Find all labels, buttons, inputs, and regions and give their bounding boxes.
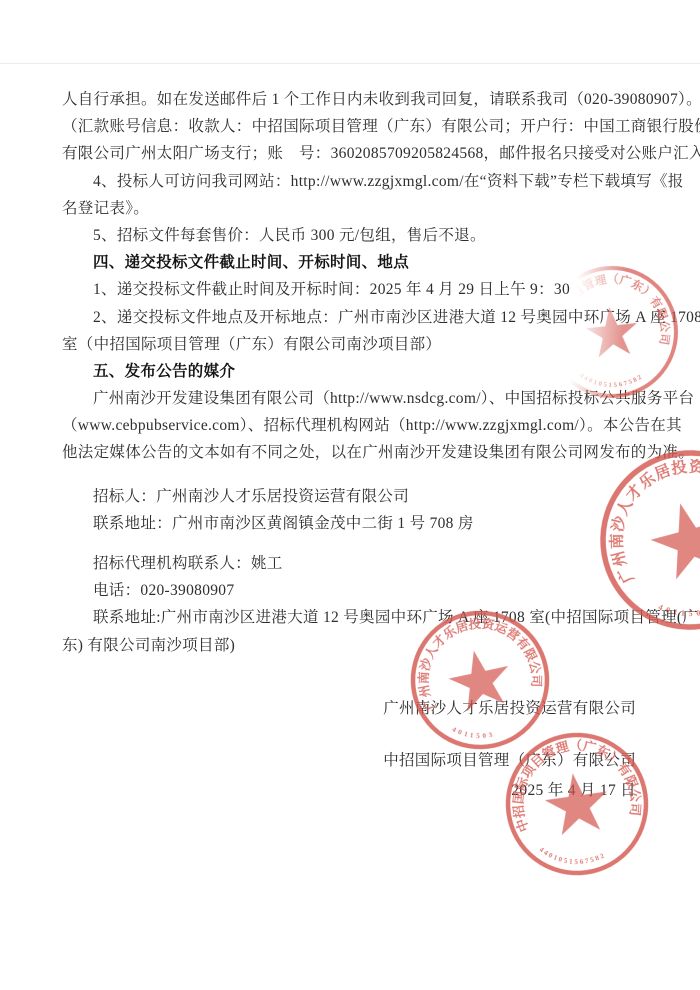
document-line: 他法定媒体公告的文本如有不同之处，以在广州南沙开发建设集团有限公司网发布的为准。 [62,439,654,466]
agency-company-seal-partial-top: 中招国际项目管理（广东）有限公司 4401051567582 [535,255,689,409]
agency-address-line: 联系地址:广州市南沙区进港大道 12 号奥园中环广场 A 座 1708 室(中招… [62,604,654,631]
svg-text:4401051567582: 4401051567582 [578,366,646,393]
document-line: 名登记表》。 [62,195,654,222]
document-page: 人自行承担。如在发送邮件后 1 个工作日内未收到我司回复，请联系我司（020-3… [0,0,700,990]
agency-address-line: 东) 有限公司南沙项目部) [62,632,654,659]
agency-company-seal: 中招国际项目管理（广东）有限公司 4401051567582 [483,710,670,897]
document-line: 5、招标文件每套售价：人民币 300 元/包组，售后不退。 [62,222,654,249]
document-line: 4、投标人可访问我司网站：http://www.zzgjxmgl.com/在“资… [62,168,654,195]
star-icon [444,644,516,713]
document-line: 人自行承担。如在发送邮件后 1 个工作日内未收到我司回复，请联系我司（020-3… [62,86,654,113]
document-line: 有限公司广州太阳广场支行；账 号：3602085709205824568，邮件报… [62,140,654,167]
document-line: （汇款账号信息：收款人：中招国际项目管理（广东）有限公司；开户行：中国工商银行股… [62,113,654,140]
tenderer-line: 招标人：广州南沙人才乐居投资运营有限公司 [62,483,654,510]
agency-contact-line: 招标代理机构联系人：姚工 [62,550,654,577]
document-line: （www.cebpubservice.com）、招标代理机构网站（http://… [62,412,654,439]
tenderer-address-line: 联系地址：广州市南沙区黄阁镇金茂中二街 1 号 708 房 [62,510,654,537]
agency-phone-line: 电话：020-39080907 [62,577,654,604]
star-icon [542,769,612,837]
star-icon [643,493,700,583]
scan-artifact-line [0,63,700,64]
seal-serial-text: 4401051567582 [578,366,646,393]
star-icon [584,304,640,358]
